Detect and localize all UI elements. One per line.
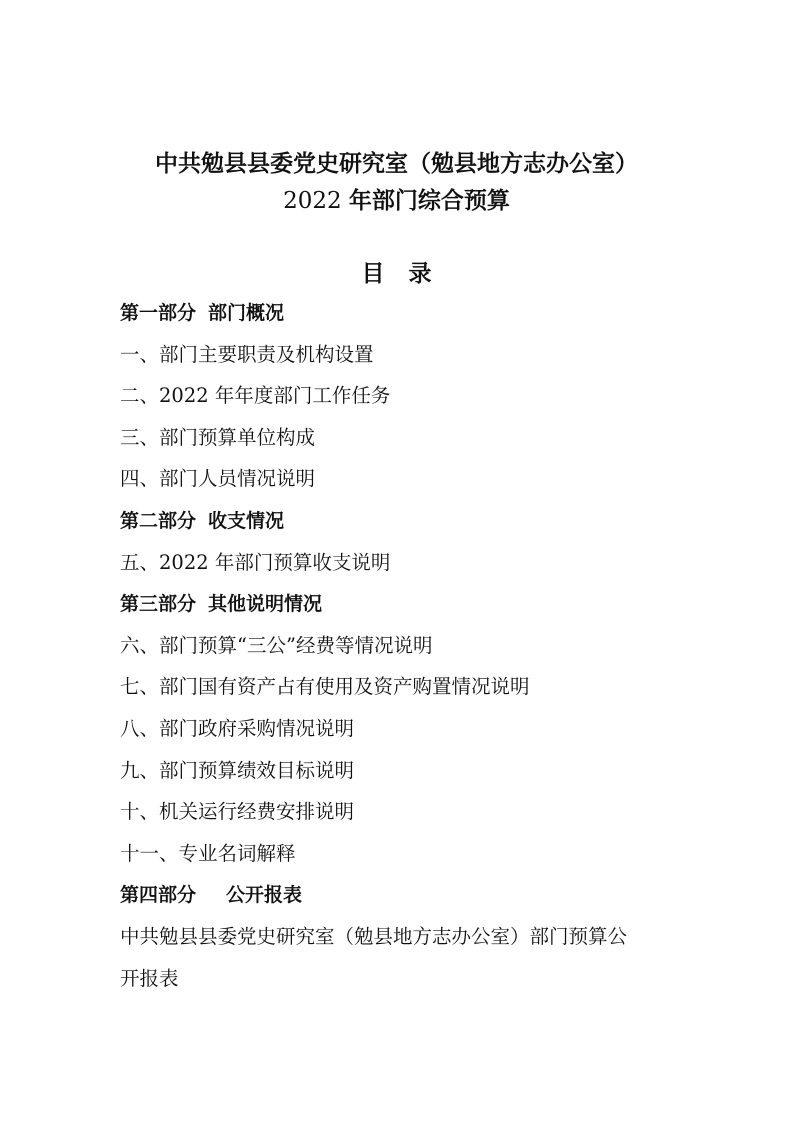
toc-item[interactable]: 开报表 — [120, 964, 680, 1006]
document-title-line2: 2022 年部门综合预算 — [0, 182, 793, 215]
toc-part-3[interactable]: 第三部分其他说明情况 — [120, 589, 680, 631]
toc-part-4[interactable]: 第四部分公开报表 — [120, 880, 680, 922]
toc-part-2[interactable]: 第二部分收支情况 — [120, 506, 680, 548]
toc-item[interactable]: 七、部门国有资产占有使用及资产购置情况说明 — [120, 672, 680, 714]
toc-part-label: 其他说明情况 — [208, 593, 322, 615]
toc-item[interactable]: 四、部门人员情况说明 — [120, 464, 680, 506]
toc-part-1[interactable]: 第一部分部门概况 — [120, 298, 680, 340]
toc-part-label: 部门概况 — [208, 302, 284, 324]
toc-item[interactable]: 二、2022 年年度部门工作任务 — [120, 381, 680, 423]
toc-item[interactable]: 十一、专业名词解释 — [120, 839, 680, 881]
toc-item[interactable]: 十、机关运行经费安排说明 — [120, 797, 680, 839]
toc-item[interactable]: 三、部门预算单位构成 — [120, 423, 680, 465]
title-subtitle: 年部门综合预算 — [349, 187, 510, 214]
toc-part-prefix: 第一部分 — [120, 302, 196, 324]
toc-item[interactable]: 中共勉县县委党史研究室（勉县地方志办公室）部门预算公 — [120, 922, 680, 964]
table-of-contents: 第一部分部门概况 一、部门主要职责及机构设置 二、2022 年年度部门工作任务 … — [120, 298, 680, 1005]
toc-heading: 目录 — [0, 255, 793, 288]
toc-item[interactable]: 六、部门预算“三公”经费等情况说明 — [120, 631, 680, 673]
toc-item[interactable]: 五、2022 年部门预算收支说明 — [120, 548, 680, 590]
toc-item[interactable]: 八、部门政府采购情况说明 — [120, 714, 680, 756]
toc-item[interactable]: 一、部门主要职责及机构设置 — [120, 340, 680, 382]
title-year: 2022 — [283, 188, 342, 214]
toc-item[interactable]: 九、部门预算绩效目标说明 — [120, 756, 680, 798]
toc-part-prefix: 第二部分 — [120, 510, 196, 532]
toc-part-prefix: 第四部分 — [120, 884, 196, 906]
toc-part-prefix: 第三部分 — [120, 593, 196, 615]
toc-part-label: 收支情况 — [208, 510, 284, 532]
toc-part-label: 公开报表 — [226, 884, 302, 906]
document-title-line1: 中共勉县县委党史研究室（勉县地方志办公室） — [0, 145, 793, 178]
